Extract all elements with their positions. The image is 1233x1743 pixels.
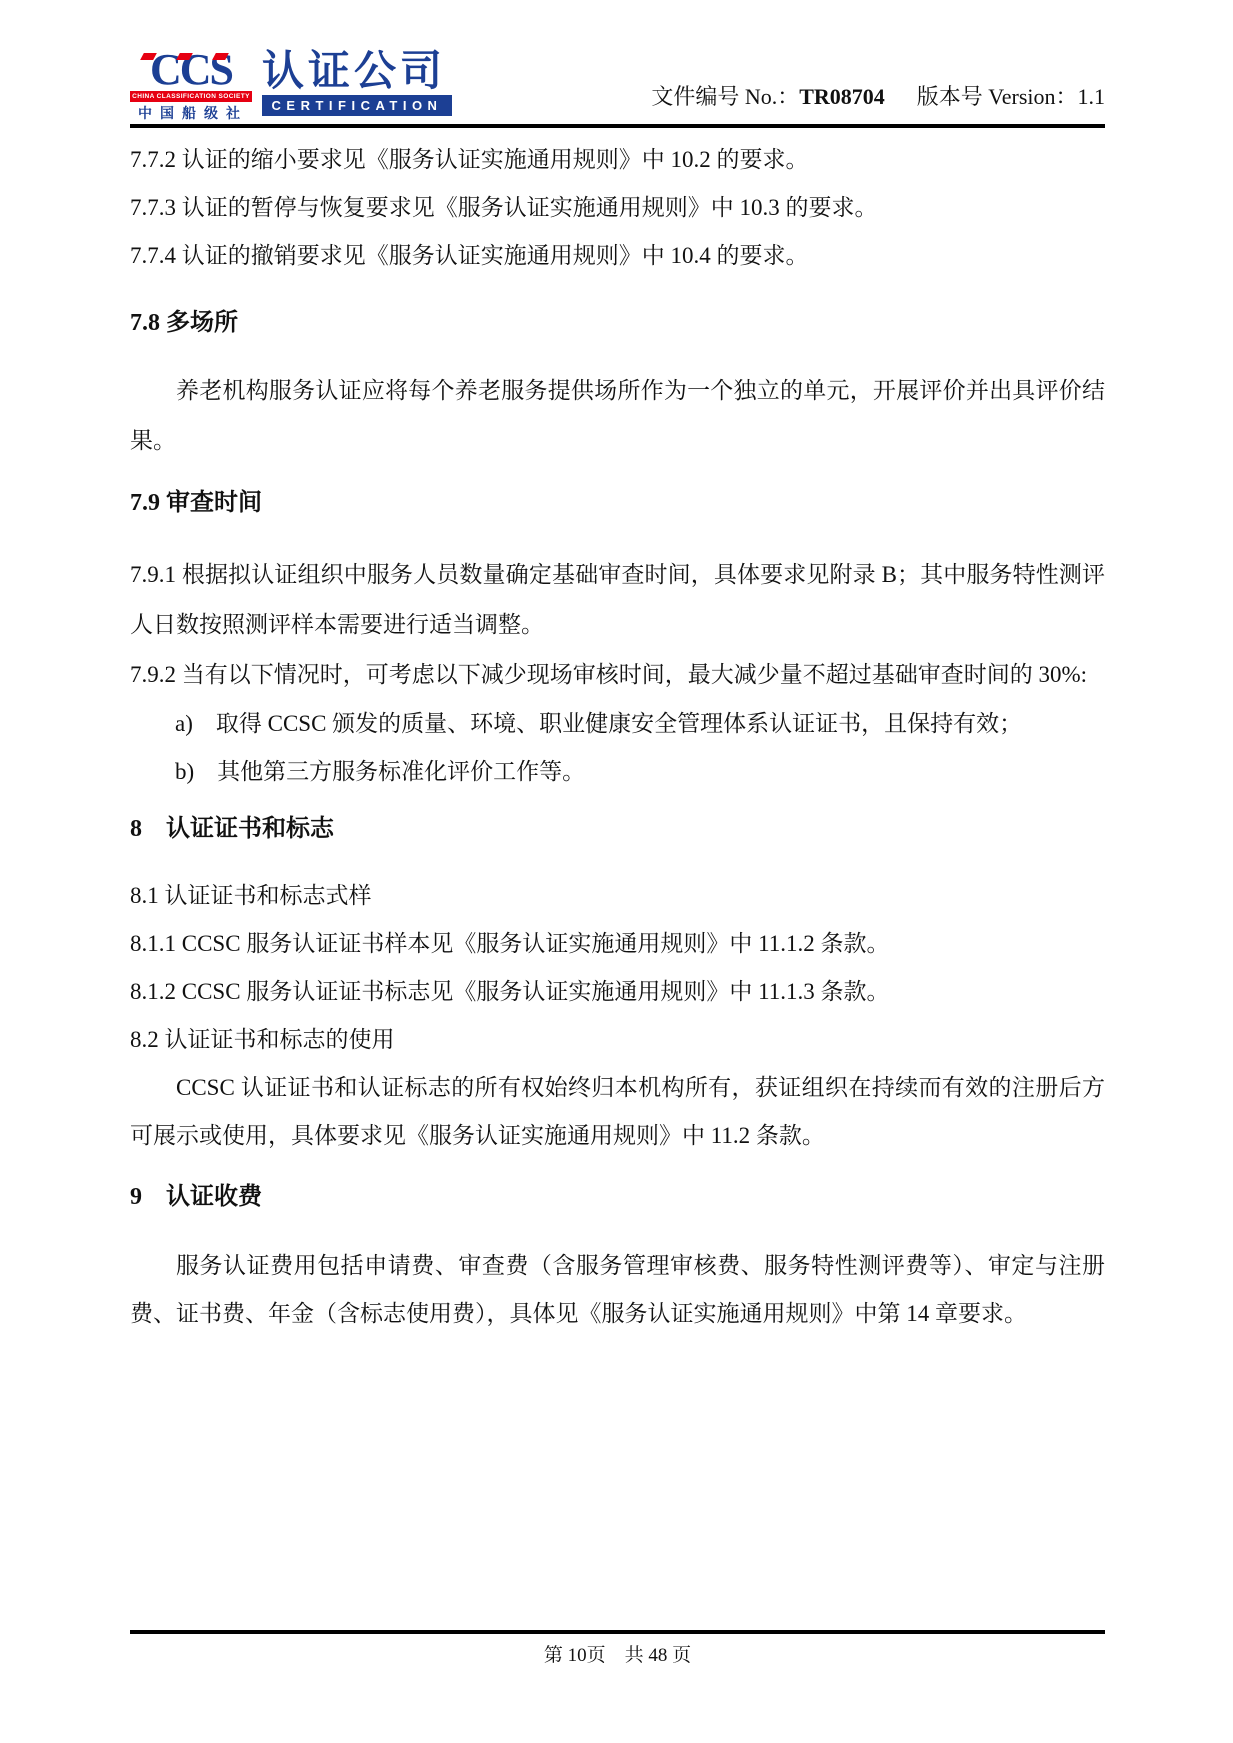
para-9: 服务认证费用包括申请费、审查费（含服务管理审核费、服务特性测评费等）、审定与注册… xyxy=(130,1242,1105,1338)
ccs-logo: CCS CHINA CLASSIFICATION SOCIETY 中国船级社 认… xyxy=(130,52,452,123)
ccs-logo-left: CCS CHINA CLASSIFICATION SOCIETY 中国船级社 xyxy=(130,52,252,123)
para-8-2: CCSC 认证证书和认证标志的所有权始终归本机构所有，获证组织在持续而有效的注册… xyxy=(130,1064,1105,1160)
list-item-b: b) 其他第三方服务标准化评价工作等。 xyxy=(130,748,1105,796)
heading-8: 8 认证证书和标志 xyxy=(130,812,1105,846)
ccs-wordmark: CCS xyxy=(130,52,252,90)
document-body: 7.7.2 认证的缩小要求见《服务认证实施通用规则》中 10.2 的要求。 7.… xyxy=(130,128,1105,1338)
page-number: 第 10页 共 48 页 xyxy=(130,1640,1105,1667)
heading-9: 9 认证收费 xyxy=(130,1180,1105,1214)
clause-8-1-2: 8.1.2 CCSC 服务认证证书标志见《服务认证实施通用规则》中 11.1.3… xyxy=(130,968,1105,1016)
company-name-en: CERTIFICATION xyxy=(262,95,452,116)
clause-8-1: 8.1 认证证书和标志式样 xyxy=(130,872,1105,920)
list-item-a: a) 取得 CCSC 颁发的质量、环境、职业健康安全管理体系认证证书，且保持有效… xyxy=(130,700,1105,748)
page-header: CCS CHINA CLASSIFICATION SOCIETY 中国船级社 认… xyxy=(130,50,1105,130)
clause-8-1-1: 8.1.1 CCSC 服务认证证书样本见《服务认证实施通用规则》中 11.1.2… xyxy=(130,920,1105,968)
heading-7-9: 7.9 审查时间 xyxy=(130,486,1105,520)
para-7-8: 养老机构服务认证应将每个养老服务提供场所作为一个独立的单元，开展评价并出具评价结… xyxy=(130,366,1105,466)
society-name-cn: 中国船级社 xyxy=(130,103,252,123)
clause-7-9-1: 7.9.1 根据拟认证组织中服务人员数量确定基础审查时间，具体要求见附录 B；其… xyxy=(130,550,1105,650)
clause-8-2: 8.2 认证证书和标志的使用 xyxy=(130,1016,1105,1064)
clause-7-7-2: 7.7.2 认证的缩小要求见《服务认证实施通用规则》中 10.2 的要求。 xyxy=(130,136,1105,184)
version-value: 1.1 xyxy=(1078,84,1106,109)
clause-7-7-4: 7.7.4 认证的撤销要求见《服务认证实施通用规则》中 10.4 的要求。 xyxy=(130,232,1105,280)
doc-no-label: 文件编号 No.： xyxy=(651,84,799,109)
ccs-logo-right: 认证公司 CERTIFICATION xyxy=(262,52,452,116)
clause-7-7-3: 7.7.3 认证的暂停与恢复要求见《服务认证实施通用规则》中 10.3 的要求。 xyxy=(130,184,1105,232)
doc-no-value: TR08704 xyxy=(799,84,885,109)
company-name-cn: 认证公司 xyxy=(262,52,452,92)
footer-rule xyxy=(130,1630,1105,1634)
document-page: CCS CHINA CLASSIFICATION SOCIETY 中国船级社 认… xyxy=(0,0,1233,1743)
version-label: 版本号 Version： xyxy=(917,84,1078,109)
document-meta: 文件编号 No.：TR08704版本号 Version：1.1 xyxy=(651,80,1105,111)
clause-7-9-2: 7.9.2 当有以下情况时，可考虑以下减少现场审核时间，最大减少量不超过基础审查… xyxy=(130,650,1105,700)
heading-7-8: 7.8 多场所 xyxy=(130,306,1105,340)
